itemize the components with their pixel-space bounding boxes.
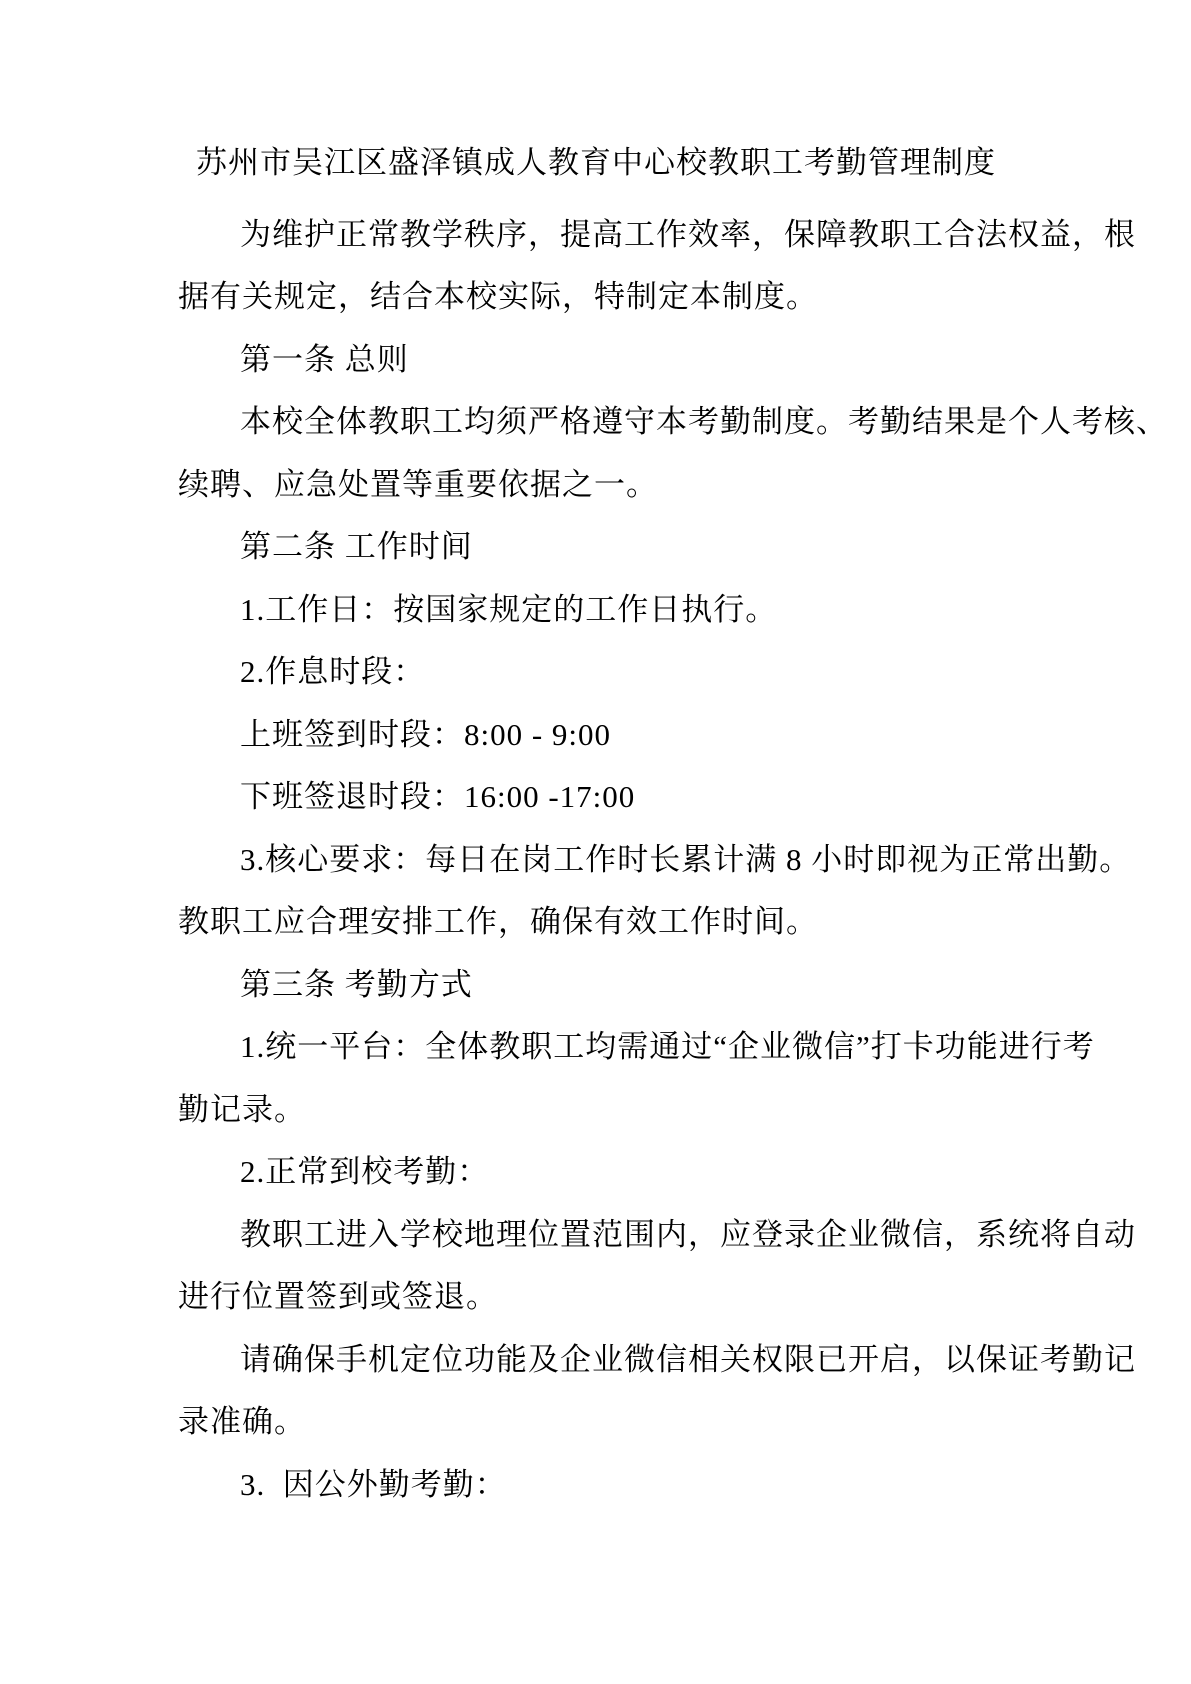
- document-page: 苏州市吴江区盛泽镇成人教育中心校教职工考勤管理制度为维护正常教学秩序，提高工作效…: [0, 0, 1191, 1684]
- text-line: 据有关规定，结合本校实际，特制定本制度。: [178, 266, 1014, 329]
- text-line: 2.正常到校考勤：: [178, 1141, 1014, 1204]
- text-line: 上班签到时段：8:00 - 9:00: [178, 704, 1014, 767]
- text-line: 本校全体教职工均须严格遵守本考勤制度。考勤结果是个人考核、: [178, 391, 1014, 454]
- text-line: 3.核心要求：每日在岗工作时长累计满 8 小时即视为正常出勤。: [178, 829, 1014, 892]
- document-title: 苏州市吴江区盛泽镇成人教育中心校教职工考勤管理制度: [178, 132, 1014, 195]
- text-line: 3. 因公外勤考勤：: [178, 1454, 1014, 1517]
- text-line: 下班签退时段：16:00 -17:00: [178, 766, 1014, 829]
- text-line: 请确保手机定位功能及企业微信相关权限已开启，以保证考勤记: [178, 1329, 1014, 1392]
- text-line: 第二条 工作时间: [178, 516, 1014, 579]
- text-line: 为维护正常教学秩序，提高工作效率，保障教职工合法权益，根: [178, 204, 1014, 267]
- text-line: 教职工应合理安排工作，确保有效工作时间。: [178, 891, 1014, 954]
- text-line: 2.作息时段：: [178, 641, 1014, 704]
- text-line: 1.统一平台：全体教职工均需通过“企业微信”打卡功能进行考: [178, 1016, 1014, 1079]
- text-line: 第一条 总则: [178, 329, 1014, 392]
- text-line: 勤记录。: [178, 1079, 1014, 1142]
- text-line: 教职工进入学校地理位置范围内，应登录企业微信，系统将自动: [178, 1204, 1014, 1267]
- text-line: 续聘、应急处置等重要依据之一。: [178, 454, 1014, 517]
- text-line: 录准确。: [178, 1391, 1014, 1454]
- text-line: 1.工作日：按国家规定的工作日执行。: [178, 579, 1014, 642]
- text-line: 进行位置签到或签退。: [178, 1266, 1014, 1329]
- text-line: 第三条 考勤方式: [178, 954, 1014, 1017]
- document-body: 苏州市吴江区盛泽镇成人教育中心校教职工考勤管理制度为维护正常教学秩序，提高工作效…: [178, 132, 1014, 1516]
